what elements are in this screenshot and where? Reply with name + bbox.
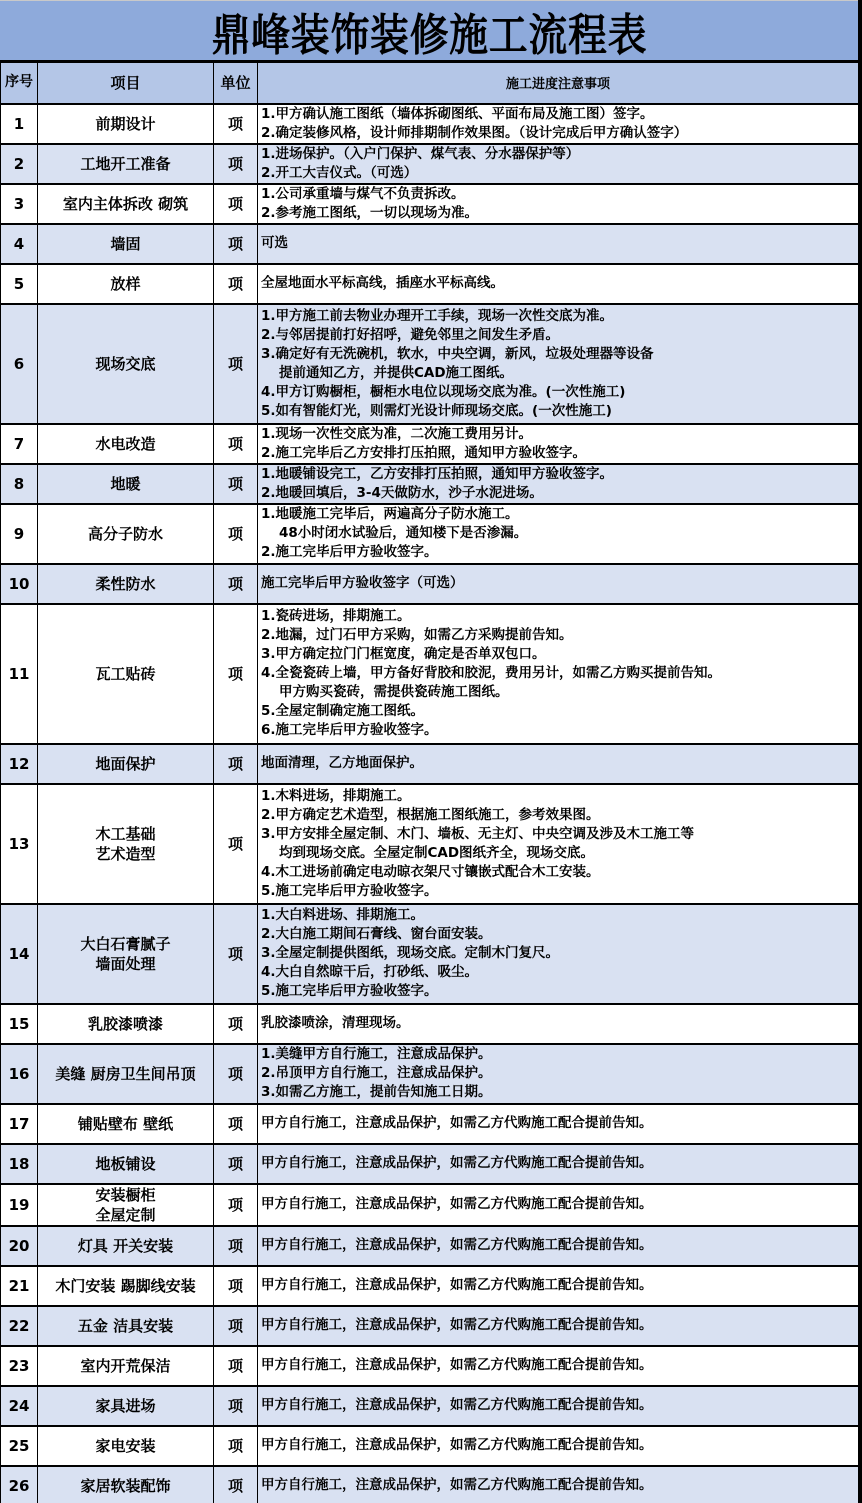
cell-notes[interactable]: 1.甲方确认施工图纸（墙体拆砌图纸、平面布局及施工图）签字。2.确定装修风格，设… (258, 104, 859, 144)
note-line: 地面清理，乙方地面保护。 (261, 754, 858, 773)
note-line: 4.全瓷瓷砖上墙，甲方备好背胶和胶泥，费用另计，如需乙方购买提前告知。 (261, 664, 858, 683)
note-line: 2.施工完毕后乙方安排打压拍照，通知甲方验收签字。 (261, 444, 858, 463)
cell-item[interactable]: 安装橱柜 全屋定制 (38, 1184, 214, 1226)
cell-notes[interactable]: 1.瓷砖进场，排期施工。2.地漏，过门石甲方采购，如需乙方采购提前告知。3.甲方… (258, 604, 859, 744)
cell-unit[interactable]: 项 (214, 1266, 258, 1306)
cell-number[interactable]: 15 (1, 1004, 38, 1044)
cell-item[interactable]: 室内开荒保洁 (38, 1346, 214, 1386)
note-line: 2.开工大吉仪式。（可选） (261, 164, 858, 183)
cell-unit[interactable]: 项 (214, 504, 258, 564)
cell-number[interactable]: 12 (1, 744, 38, 784)
cell-item[interactable]: 家具进场 (38, 1386, 214, 1426)
table-row: 19安装橱柜 全屋定制项甲方自行施工，注意成品保护，如需乙方代购施工配合提前告知… (1, 1184, 859, 1226)
cell-unit[interactable]: 项 (214, 1184, 258, 1226)
note-line: 2.大白施工期间石膏线、窗台面安装。 (261, 925, 858, 944)
cell-item[interactable]: 美缝 厨房卫生间吊顶 (38, 1044, 214, 1104)
cell-number[interactable]: 20 (1, 1226, 38, 1266)
note-line: 2.参考施工图纸，一切以现场为准。 (261, 204, 858, 223)
cell-item[interactable]: 大白石膏腻子 墙面处理 (38, 904, 214, 1004)
cell-item[interactable]: 铺贴壁布 壁纸 (38, 1104, 214, 1144)
cell-unit[interactable]: 项 (214, 1044, 258, 1104)
table-row: 24家具进场项甲方自行施工，注意成品保护，如需乙方代购施工配合提前告知。 (1, 1386, 859, 1426)
cell-unit[interactable]: 项 (214, 1346, 258, 1386)
cell-unit[interactable]: 项 (214, 1466, 258, 1503)
cell-notes[interactable]: 全屋地面水平标高线，插座水平标高线。 (258, 264, 859, 304)
note-line: 甲方自行施工，注意成品保护，如需乙方代购施工配合提前告知。 (261, 1236, 858, 1255)
table-row: 22五金 洁具安装项甲方自行施工，注意成品保护，如需乙方代购施工配合提前告知。 (1, 1306, 859, 1346)
cell-item[interactable]: 室内主体拆改 砌筑 (38, 184, 214, 224)
note-line: 6.施工完毕后甲方验收签字。 (261, 721, 858, 740)
cell-number[interactable]: 3 (1, 184, 38, 224)
cell-notes[interactable]: 1.大白料进场、排期施工。2.大白施工期间石膏线、窗台面安装。3.全屋定制提供图… (258, 904, 859, 1004)
cell-notes[interactable]: 1.木料进场，排期施工。2.甲方确定艺术造型，根据施工图纸施工，参考效果图。3.… (258, 784, 859, 904)
cell-unit[interactable]: 项 (214, 744, 258, 784)
cell-notes[interactable]: 甲方自行施工，注意成品保护，如需乙方代购施工配合提前告知。 (258, 1184, 859, 1226)
cell-unit[interactable]: 项 (214, 1386, 258, 1426)
table-body: 1前期设计项1.甲方确认施工图纸（墙体拆砌图纸、平面布局及施工图）签字。2.确定… (1, 104, 859, 1503)
note-line: 甲方自行施工，注意成品保护，如需乙方代购施工配合提前告知。 (261, 1154, 858, 1173)
header-unit: 单位 (214, 63, 258, 104)
cell-unit[interactable]: 项 (214, 784, 258, 904)
cell-notes[interactable]: 甲方自行施工，注意成品保护，如需乙方代购施工配合提前告知。 (258, 1226, 859, 1266)
note-line: 48小时闭水试验后，通知楼下是否渗漏。 (261, 524, 858, 543)
cell-unit[interactable]: 项 (214, 464, 258, 504)
cell-number[interactable]: 2 (1, 144, 38, 184)
cell-item[interactable]: 五金 洁具安装 (38, 1306, 214, 1346)
note-line: 1.现场一次性交底为准，二次施工费用另计。 (261, 425, 858, 444)
table-row: 15乳胶漆喷漆项乳胶漆喷涂，清理现场。 (1, 1004, 859, 1044)
table-row: 3室内主体拆改 砌筑项1.公司承重墙与煤气不负责拆改。2.参考施工图纸，一切以现… (1, 184, 859, 224)
cell-number[interactable]: 19 (1, 1184, 38, 1226)
cell-number[interactable]: 7 (1, 424, 38, 464)
table-row: 5放样项全屋地面水平标高线，插座水平标高线。 (1, 264, 859, 304)
cell-item[interactable]: 木工基础 艺术造型 (38, 784, 214, 904)
cell-notes[interactable]: 1.现场一次性交底为准，二次施工费用另计。2.施工完毕后乙方安排打压拍照，通知甲… (258, 424, 859, 464)
note-line: 1.美缝甲方自行施工，注意成品保护。 (261, 1045, 858, 1064)
cell-unit[interactable]: 项 (214, 1104, 258, 1144)
table-row: 23室内开荒保洁项甲方自行施工，注意成品保护，如需乙方代购施工配合提前告知。 (1, 1346, 859, 1386)
cell-number[interactable]: 17 (1, 1104, 38, 1144)
note-line: 甲方自行施工，注意成品保护，如需乙方代购施工配合提前告知。 (261, 1436, 858, 1455)
cell-notes[interactable]: 施工完毕后甲方验收签字（可选） (258, 564, 859, 604)
note-line: 1.地暖施工完毕后，两遍高分子防水施工。 (261, 505, 858, 524)
cell-unit[interactable]: 项 (214, 564, 258, 604)
cell-unit[interactable]: 项 (214, 304, 258, 424)
table-header-row: 序号 项目 单位 施工进度注意事项 (1, 63, 859, 104)
cell-number[interactable]: 13 (1, 784, 38, 904)
cell-unit[interactable]: 项 (214, 1426, 258, 1466)
table-row: 26家居软装配饰项甲方自行施工，注意成品保护，如需乙方代购施工配合提前告知。 (1, 1466, 859, 1503)
note-line: 均到现场交底。全屋定制CAD图纸齐全，现场交底。 (261, 844, 858, 863)
cell-item[interactable]: 前期设计 (38, 104, 214, 144)
cell-notes[interactable]: 甲方自行施工，注意成品保护，如需乙方代购施工配合提前告知。 (258, 1466, 859, 1503)
cell-notes[interactable]: 甲方自行施工，注意成品保护，如需乙方代购施工配合提前告知。 (258, 1346, 859, 1386)
cell-number[interactable]: 4 (1, 224, 38, 264)
note-line: 2.与邻居提前打好招呼，避免邻里之间发生矛盾。 (261, 326, 858, 345)
table-row: 25家电安装项甲方自行施工，注意成品保护，如需乙方代购施工配合提前告知。 (1, 1426, 859, 1466)
table-row: 9高分子防水项1.地暖施工完毕后，两遍高分子防水施工。48小时闭水试验后，通知楼… (1, 504, 859, 564)
cell-number[interactable]: 11 (1, 604, 38, 744)
note-line: 提前通知乙方，并提供CAD施工图纸。 (261, 364, 858, 383)
note-line: 全屋地面水平标高线，插座水平标高线。 (261, 274, 858, 293)
note-line: 3.确定好有无洗碗机，软水，中央空调，新风，垃圾处理器等设备 (261, 345, 858, 364)
note-line: 2.甲方确定艺术造型，根据施工图纸施工，参考效果图。 (261, 806, 858, 825)
table-row: 4墙固项可选 (1, 224, 859, 264)
cell-number[interactable]: 18 (1, 1144, 38, 1184)
note-line: 甲方自行施工，注意成品保护，如需乙方代购施工配合提前告知。 (261, 1276, 858, 1295)
cell-unit[interactable]: 项 (214, 604, 258, 744)
cell-item[interactable]: 地面保护 (38, 744, 214, 784)
cell-notes[interactable]: 1.甲方施工前去物业办理开工手续，现场一次性交底为准。2.与邻居提前打好招呼，避… (258, 304, 859, 424)
cell-notes[interactable]: 可选 (258, 224, 859, 264)
cell-number[interactable]: 26 (1, 1466, 38, 1503)
cell-item[interactable]: 地暖 (38, 464, 214, 504)
table-row: 16美缝 厨房卫生间吊顶项1.美缝甲方自行施工，注意成品保护。2.吊顶甲方自行施… (1, 1044, 859, 1104)
note-line: 2.地暖回填后，3-4天做防水，沙子水泥进场。 (261, 484, 858, 503)
table-row: 14大白石膏腻子 墙面处理项1.大白料进场、排期施工。2.大白施工期间石膏线、窗… (1, 904, 859, 1004)
cell-notes[interactable]: 1.进场保护。（入户门保护、煤气表、分水器保护等）2.开工大吉仪式。（可选） (258, 144, 859, 184)
cell-notes[interactable]: 1.地暖施工完毕后，两遍高分子防水施工。48小时闭水试验后，通知楼下是否渗漏。2… (258, 504, 859, 564)
cell-unit[interactable]: 项 (214, 264, 258, 304)
cell-item[interactable]: 地板铺设 (38, 1144, 214, 1184)
cell-number[interactable]: 10 (1, 564, 38, 604)
header-number: 序号 (1, 63, 38, 104)
note-line: 甲方自行施工，注意成品保护，如需乙方代购施工配合提前告知。 (261, 1356, 858, 1375)
note-line: 甲方自行施工，注意成品保护，如需乙方代购施工配合提前告知。 (261, 1316, 858, 1335)
cell-item[interactable]: 工地开工准备 (38, 144, 214, 184)
note-line: 2.施工完毕后甲方验收签字。 (261, 543, 858, 562)
note-line: 甲方自行施工，注意成品保护，如需乙方代购施工配合提前告知。 (261, 1396, 858, 1415)
note-line: 可选 (261, 234, 858, 253)
cell-number[interactable]: 25 (1, 1426, 38, 1466)
table-row: 1前期设计项1.甲方确认施工图纸（墙体拆砌图纸、平面布局及施工图）签字。2.确定… (1, 104, 859, 144)
cell-unit[interactable]: 项 (214, 904, 258, 1004)
cell-item[interactable]: 木门安装 踢脚线安装 (38, 1266, 214, 1306)
cell-unit[interactable]: 项 (214, 184, 258, 224)
note-line: 甲方自行施工，注意成品保护，如需乙方代购施工配合提前告知。 (261, 1114, 858, 1133)
note-line: 5.全屋定制确定施工图纸。 (261, 702, 858, 721)
table-row: 18地板铺设项甲方自行施工，注意成品保护，如需乙方代购施工配合提前告知。 (1, 1144, 859, 1184)
cell-unit[interactable]: 项 (214, 1226, 258, 1266)
cell-item[interactable]: 乳胶漆喷漆 (38, 1004, 214, 1044)
note-line: 2.地漏，过门石甲方采购，如需乙方采购提前告知。 (261, 626, 858, 645)
cell-item[interactable]: 家电安装 (38, 1426, 214, 1466)
cell-notes[interactable]: 甲方自行施工，注意成品保护，如需乙方代购施工配合提前告知。 (258, 1144, 859, 1184)
note-line: 1.地暖铺设完工，乙方安排打压拍照，通知甲方验收签字。 (261, 465, 858, 484)
table-row: 7水电改造项1.现场一次性交底为准，二次施工费用另计。2.施工完毕后乙方安排打压… (1, 424, 859, 464)
cell-notes[interactable]: 甲方自行施工，注意成品保护，如需乙方代购施工配合提前告知。 (258, 1386, 859, 1426)
cell-number[interactable]: 14 (1, 904, 38, 1004)
table-row: 10柔性防水项施工完毕后甲方验收签字（可选） (1, 564, 859, 604)
cell-number[interactable]: 23 (1, 1346, 38, 1386)
cell-item[interactable]: 瓦工贴砖 (38, 604, 214, 744)
note-line: 3.全屋定制提供图纸，现场交底。定制木门复尺。 (261, 944, 858, 963)
note-line: 1.甲方确认施工图纸（墙体拆砌图纸、平面布局及施工图）签字。 (261, 105, 858, 124)
note-line: 4.甲方订购橱柜，橱柜水电位以现场交底为准。(一次性施工) (261, 383, 858, 402)
note-line: 乳胶漆喷涂，清理现场。 (261, 1014, 858, 1033)
table-row: 11瓦工贴砖项1.瓷砖进场，排期施工。2.地漏，过门石甲方采购，如需乙方采购提前… (1, 604, 859, 744)
table-row: 2工地开工准备项1.进场保护。（入户门保护、煤气表、分水器保护等）2.开工大吉仪… (1, 144, 859, 184)
note-line: 5.施工完毕后甲方验收签字。 (261, 882, 858, 901)
cell-number[interactable]: 6 (1, 304, 38, 424)
cell-number[interactable]: 21 (1, 1266, 38, 1306)
cell-unit[interactable]: 项 (214, 104, 258, 144)
header-notes: 施工进度注意事项 (258, 63, 859, 104)
note-line: 1.木料进场，排期施工。 (261, 787, 858, 806)
cell-item[interactable]: 灯具 开关安装 (38, 1226, 214, 1266)
cell-notes[interactable]: 甲方自行施工，注意成品保护，如需乙方代购施工配合提前告知。 (258, 1426, 859, 1466)
cell-number[interactable]: 16 (1, 1044, 38, 1104)
note-line: 甲方自行施工，注意成品保护，如需乙方代购施工配合提前告知。 (261, 1195, 858, 1214)
cell-unit[interactable]: 项 (214, 1004, 258, 1044)
note-line: 2.确定装修风格，设计师排期制作效果图。（设计完成后甲方确认签字） (261, 124, 858, 143)
note-line: 5.如有智能灯光，则需灯光设计师现场交底。(一次性施工) (261, 402, 858, 421)
cell-item[interactable]: 放样 (38, 264, 214, 304)
table-row: 20灯具 开关安装项甲方自行施工，注意成品保护，如需乙方代购施工配合提前告知。 (1, 1226, 859, 1266)
table-row: 21木门安装 踢脚线安装项甲方自行施工，注意成品保护，如需乙方代购施工配合提前告… (1, 1266, 859, 1306)
cell-item[interactable]: 现场交底 (38, 304, 214, 424)
table-row: 8地暖项1.地暖铺设完工，乙方安排打压拍照，通知甲方验收签字。2.地暖回填后，3… (1, 464, 859, 504)
cell-unit[interactable]: 项 (214, 1306, 258, 1346)
cell-notes[interactable]: 甲方自行施工，注意成品保护，如需乙方代购施工配合提前告知。 (258, 1306, 859, 1346)
page-title: 鼎峰装饰装修施工流程表 (211, 0, 647, 63)
header-item: 项目 (38, 63, 214, 104)
cell-notes[interactable]: 1.地暖铺设完工，乙方安排打压拍照，通知甲方验收签字。2.地暖回填后，3-4天做… (258, 464, 859, 504)
cell-item[interactable]: 水电改造 (38, 424, 214, 464)
note-line: 2.吊顶甲方自行施工，注意成品保护。 (261, 1064, 858, 1083)
cell-notes[interactable]: 1.公司承重墙与煤气不负责拆改。2.参考施工图纸，一切以现场为准。 (258, 184, 859, 224)
cell-notes[interactable]: 1.美缝甲方自行施工，注意成品保护。2.吊顶甲方自行施工，注意成品保护。3.如需… (258, 1044, 859, 1104)
note-line: 5.施工完毕后甲方验收签字。 (261, 982, 858, 1001)
note-line: 3.甲方确定拉门门框宽度，确定是否单双包口。 (261, 645, 858, 664)
spreadsheet: 鼎峰装饰装修施工流程表 序号 项目 单位 施工进度注意事项 1前期设计项1.甲方… (0, 0, 862, 1503)
table-row: 17铺贴壁布 壁纸项甲方自行施工，注意成品保护，如需乙方代购施工配合提前告知。 (1, 1104, 859, 1144)
cell-number[interactable]: 24 (1, 1386, 38, 1426)
table-row: 12地面保护项地面清理，乙方地面保护。 (1, 744, 859, 784)
cell-number[interactable]: 5 (1, 264, 38, 304)
cell-unit[interactable]: 项 (214, 144, 258, 184)
cell-unit[interactable]: 项 (214, 424, 258, 464)
note-line: 3.甲方安排全屋定制、木门、墙板、无主灯、中央空调及涉及木工施工等 (261, 825, 858, 844)
note-line: 1.进场保护。（入户门保护、煤气表、分水器保护等） (261, 145, 858, 164)
cell-number[interactable]: 9 (1, 504, 38, 564)
cell-item[interactable]: 家居软装配饰 (38, 1466, 214, 1503)
note-line: 1.大白料进场、排期施工。 (261, 906, 858, 925)
cell-notes[interactable]: 甲方自行施工，注意成品保护，如需乙方代购施工配合提前告知。 (258, 1266, 859, 1306)
note-line: 甲方购买瓷砖，需提供瓷砖施工图纸。 (261, 683, 858, 702)
cell-unit[interactable]: 项 (214, 1144, 258, 1184)
note-line: 4.木工进场前确定电动晾衣架尺寸镶嵌式配合木工安装。 (261, 863, 858, 882)
cell-notes[interactable]: 乳胶漆喷涂，清理现场。 (258, 1004, 859, 1044)
note-line: 施工完毕后甲方验收签字（可选） (261, 574, 858, 593)
title-banner: 鼎峰装饰装修施工流程表 (0, 0, 858, 62)
note-line: 1.公司承重墙与煤气不负责拆改。 (261, 185, 858, 204)
cell-item[interactable]: 柔性防水 (38, 564, 214, 604)
cell-item[interactable]: 高分子防水 (38, 504, 214, 564)
cell-notes[interactable]: 地面清理，乙方地面保护。 (258, 744, 859, 784)
cell-number[interactable]: 1 (1, 104, 38, 144)
table-row: 13木工基础 艺术造型项1.木料进场，排期施工。2.甲方确定艺术造型，根据施工图… (1, 784, 859, 904)
note-line: 1.甲方施工前去物业办理开工手续，现场一次性交底为准。 (261, 307, 858, 326)
note-line: 甲方自行施工，注意成品保护，如需乙方代购施工配合提前告知。 (261, 1476, 858, 1495)
cell-number[interactable]: 8 (1, 464, 38, 504)
note-line: 4.大白自然晾干后，打砂纸、吸尘。 (261, 963, 858, 982)
cell-item[interactable]: 墙固 (38, 224, 214, 264)
note-line: 1.瓷砖进场，排期施工。 (261, 607, 858, 626)
cell-number[interactable]: 22 (1, 1306, 38, 1346)
cell-notes[interactable]: 甲方自行施工，注意成品保护，如需乙方代购施工配合提前告知。 (258, 1104, 859, 1144)
table-row: 6现场交底项1.甲方施工前去物业办理开工手续，现场一次性交底为准。2.与邻居提前… (1, 304, 859, 424)
cell-unit[interactable]: 项 (214, 224, 258, 264)
note-line: 3.如需乙方施工，提前告知施工日期。 (261, 1083, 858, 1102)
construction-process-table: 序号 项目 单位 施工进度注意事项 1前期设计项1.甲方确认施工图纸（墙体拆砌图… (0, 62, 859, 1503)
